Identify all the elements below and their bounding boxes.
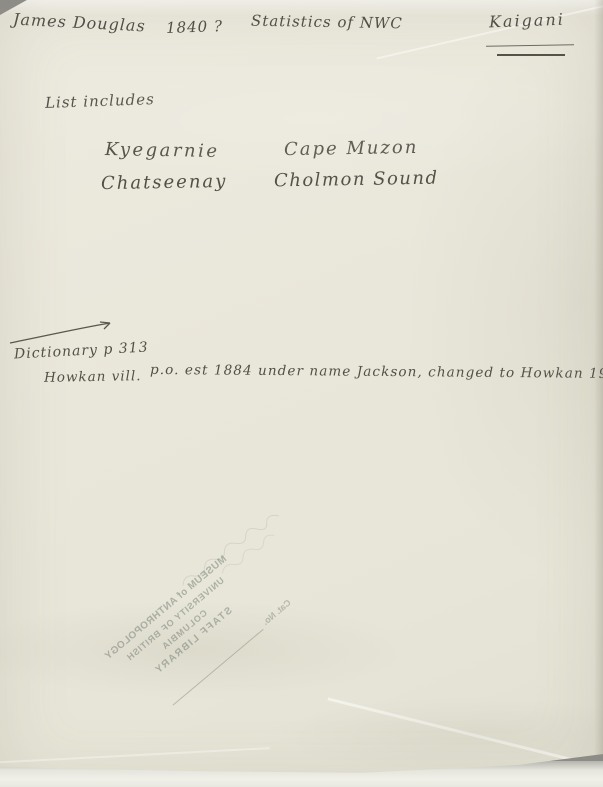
keyword-underline-2 [497, 54, 565, 56]
post-office-history-note: p.o. est 1884 under name Jackson, change… [150, 362, 603, 382]
stamp-cat-no-label: Cat. No. [260, 598, 292, 628]
place-name-cholmon-sound: Cholmon Sound [274, 168, 439, 192]
list-intro: List includes [45, 90, 155, 112]
document-title: Statistics of NWC [251, 12, 403, 33]
place-name-kyegarnie: Kyegarnie [105, 139, 220, 163]
right-edge-shading [594, 0, 603, 787]
place-name-chatseenay: Chatseenay [101, 171, 228, 195]
paper-sheet: James Douglas 1840 ? Statistics of NWC K… [0, 0, 603, 787]
keyword-underline-1 [486, 44, 574, 47]
village-note: Howkan vill. [44, 368, 142, 386]
date-annotation: 1840 ? [166, 17, 224, 37]
keyword-kaigani: Kaigani [489, 10, 565, 32]
place-name-cape-muzon: Cape Muzon [284, 137, 419, 161]
bottom-left-crease [0, 747, 270, 765]
scanned-document: James Douglas 1840 ? Statistics of NWC K… [0, 0, 603, 787]
museum-stamp-bleedthrough: MUSEUM of ANTHROPOLOGY UNIVERSITY OF BRI… [52, 501, 325, 770]
